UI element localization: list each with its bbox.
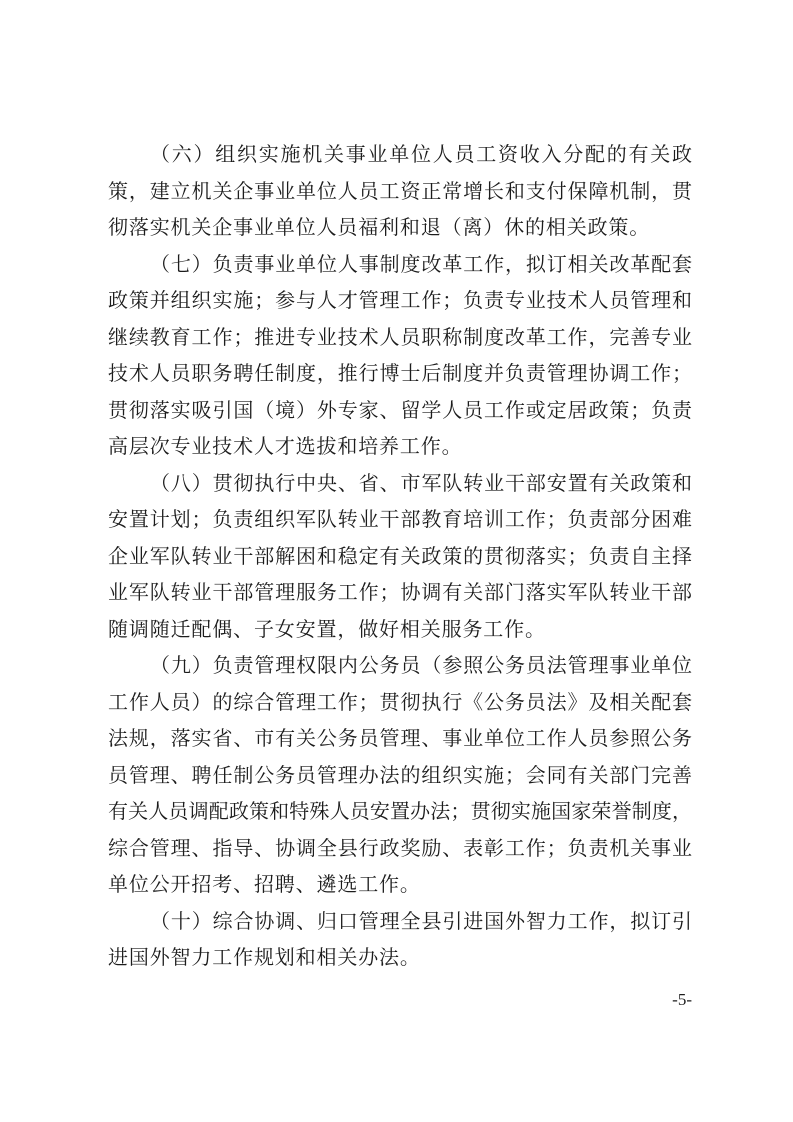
text-line: 工作人员）的综合管理工作；贯彻执行《公务员法》及相关配套 [108,684,692,721]
text-line: 员管理、聘任制公务员管理办法的组织实施；会同有关部门完善 [108,757,692,794]
paragraph-8: （八）贯彻执行中央、省、市军队转业干部安置有关政策和 安置计划；负责组织军队转业… [108,465,692,648]
text-line: 法规，落实省、市有关公务员管理、事业单位工作人员参照公务 [108,720,692,757]
text-line: 业军队转业干部管理服务工作；协调有关部门落实军队转业干部 [108,574,692,611]
paragraph-6: （六）组织实施机关事业单位人员工资收入分配的有关政 策，建立机关企事业单位人员工… [108,136,692,246]
text-line: （八）贯彻执行中央、省、市军队转业干部安置有关政策和 [108,465,692,502]
text-line: 彻落实机关企事业单位人员福利和退（离）休的相关政策。 [108,209,692,246]
text-line: 政策并组织实施；参与人才管理工作；负责专业技术人员管理和 [108,282,692,319]
paragraph-7: （七）负责事业单位人事制度改革工作，拟订相关改革配套 政策并组织实施；参与人才管… [108,246,692,465]
text-line: （七）负责事业单位人事制度改革工作，拟订相关改革配套 [108,246,692,283]
text-line: 单位公开招考、招聘、遴选工作。 [108,866,692,903]
text-line: 安置计划；负责组织军队转业干部教育培训工作；负责部分困难 [108,501,692,538]
text-line: 技术人员职务聘任制度，推行博士后制度并负责管理协调工作； [108,355,692,392]
text-line: 策，建立机关企事业单位人员工资正常增长和支付保障机制，贯 [108,173,692,210]
document-page: （六）组织实施机关事业单位人员工资收入分配的有关政 策，建立机关企事业单位人员工… [0,0,793,1122]
text-line: 随调随迁配偶、子女安置，做好相关服务工作。 [108,611,692,648]
paragraph-9: （九）负责管理权限内公务员（参照公务员法管理事业单位 工作人员）的综合管理工作；… [108,647,692,903]
text-line: 进国外智力工作规划和相关办法。 [108,939,692,976]
body-text: （六）组织实施机关事业单位人员工资收入分配的有关政 策，建立机关企事业单位人员工… [108,136,692,976]
text-line: （十）综合协调、归口管理全县引进国外智力工作，拟订引 [108,903,692,940]
text-line: 企业军队转业干部解困和稳定有关政策的贯彻落实；负责自主择 [108,538,692,575]
paragraph-10: （十）综合协调、归口管理全县引进国外智力工作，拟订引 进国外智力工作规划和相关办… [108,903,692,976]
text-line: 继续教育工作；推进专业技术人员职称制度改革工作，完善专业 [108,319,692,356]
text-line: （九）负责管理权限内公务员（参照公务员法管理事业单位 [108,647,692,684]
text-line: 有关人员调配政策和特殊人员安置办法；贯彻实施国家荣誉制度， [108,793,692,830]
text-line: 贯彻落实吸引国（境）外专家、留学人员工作或定居政策；负责 [108,392,692,429]
text-line: 综合管理、指导、协调全县行政奖励、表彰工作；负责机关事业 [108,830,692,867]
page-number: -5- [672,990,692,1010]
text-line: 高层次专业技术人才选拔和培养工作。 [108,428,692,465]
text-line: （六）组织实施机关事业单位人员工资收入分配的有关政 [108,136,692,173]
